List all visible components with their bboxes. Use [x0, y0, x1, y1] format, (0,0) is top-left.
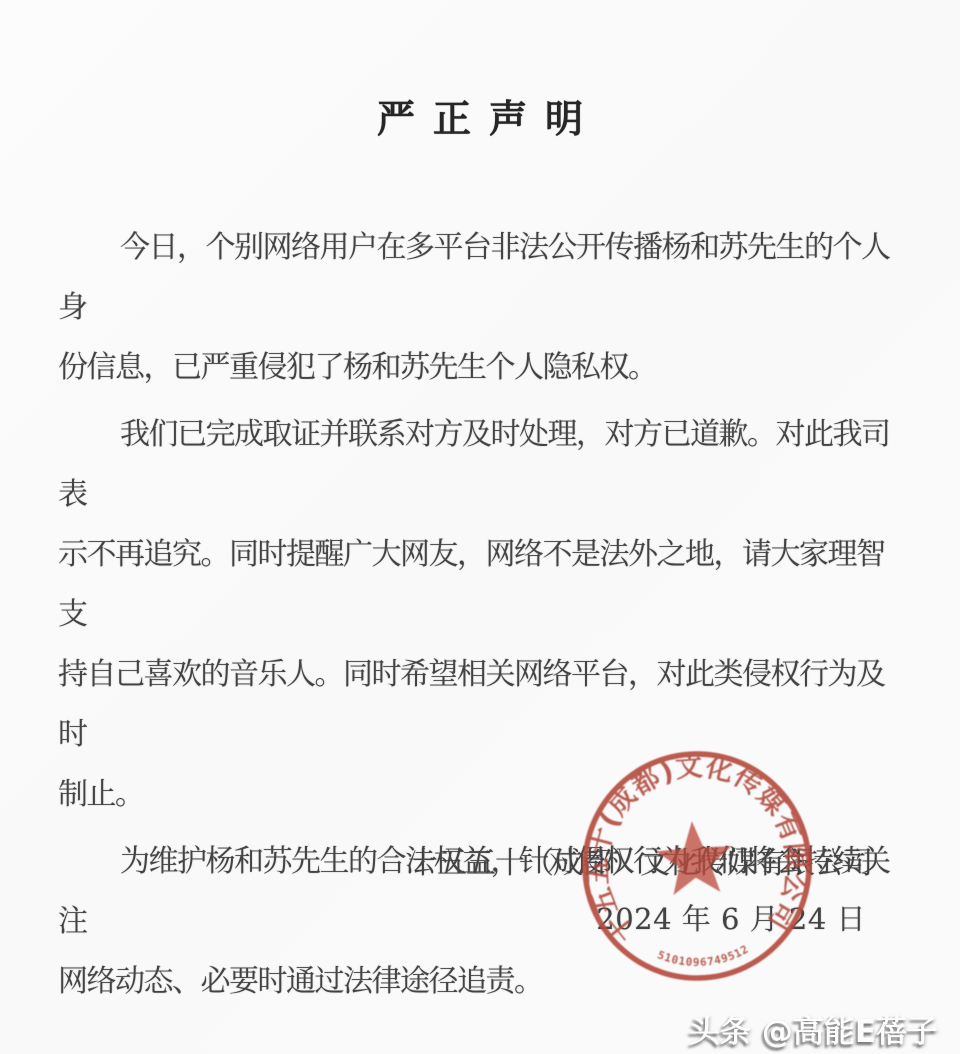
- scanned-statement-document: 严正声明 今日，个别网络用户在多平台非法公开传播杨和苏先生的个人身 份信息，已严…: [0, 0, 960, 1054]
- document-title: 严正声明: [0, 88, 960, 143]
- star-icon: [654, 819, 735, 897]
- watermark-credit: 头条 @高能E蓓子: [689, 1006, 938, 1051]
- company-seal-stamp: 十五五十(成都)文化传媒有限公司 5101096749512: [573, 742, 821, 990]
- body-paragraph-1: 今日，个别网络用户在多平台非法公开传播杨和苏先生的个人身 份信息，已严重侵犯了杨…: [58, 218, 906, 398]
